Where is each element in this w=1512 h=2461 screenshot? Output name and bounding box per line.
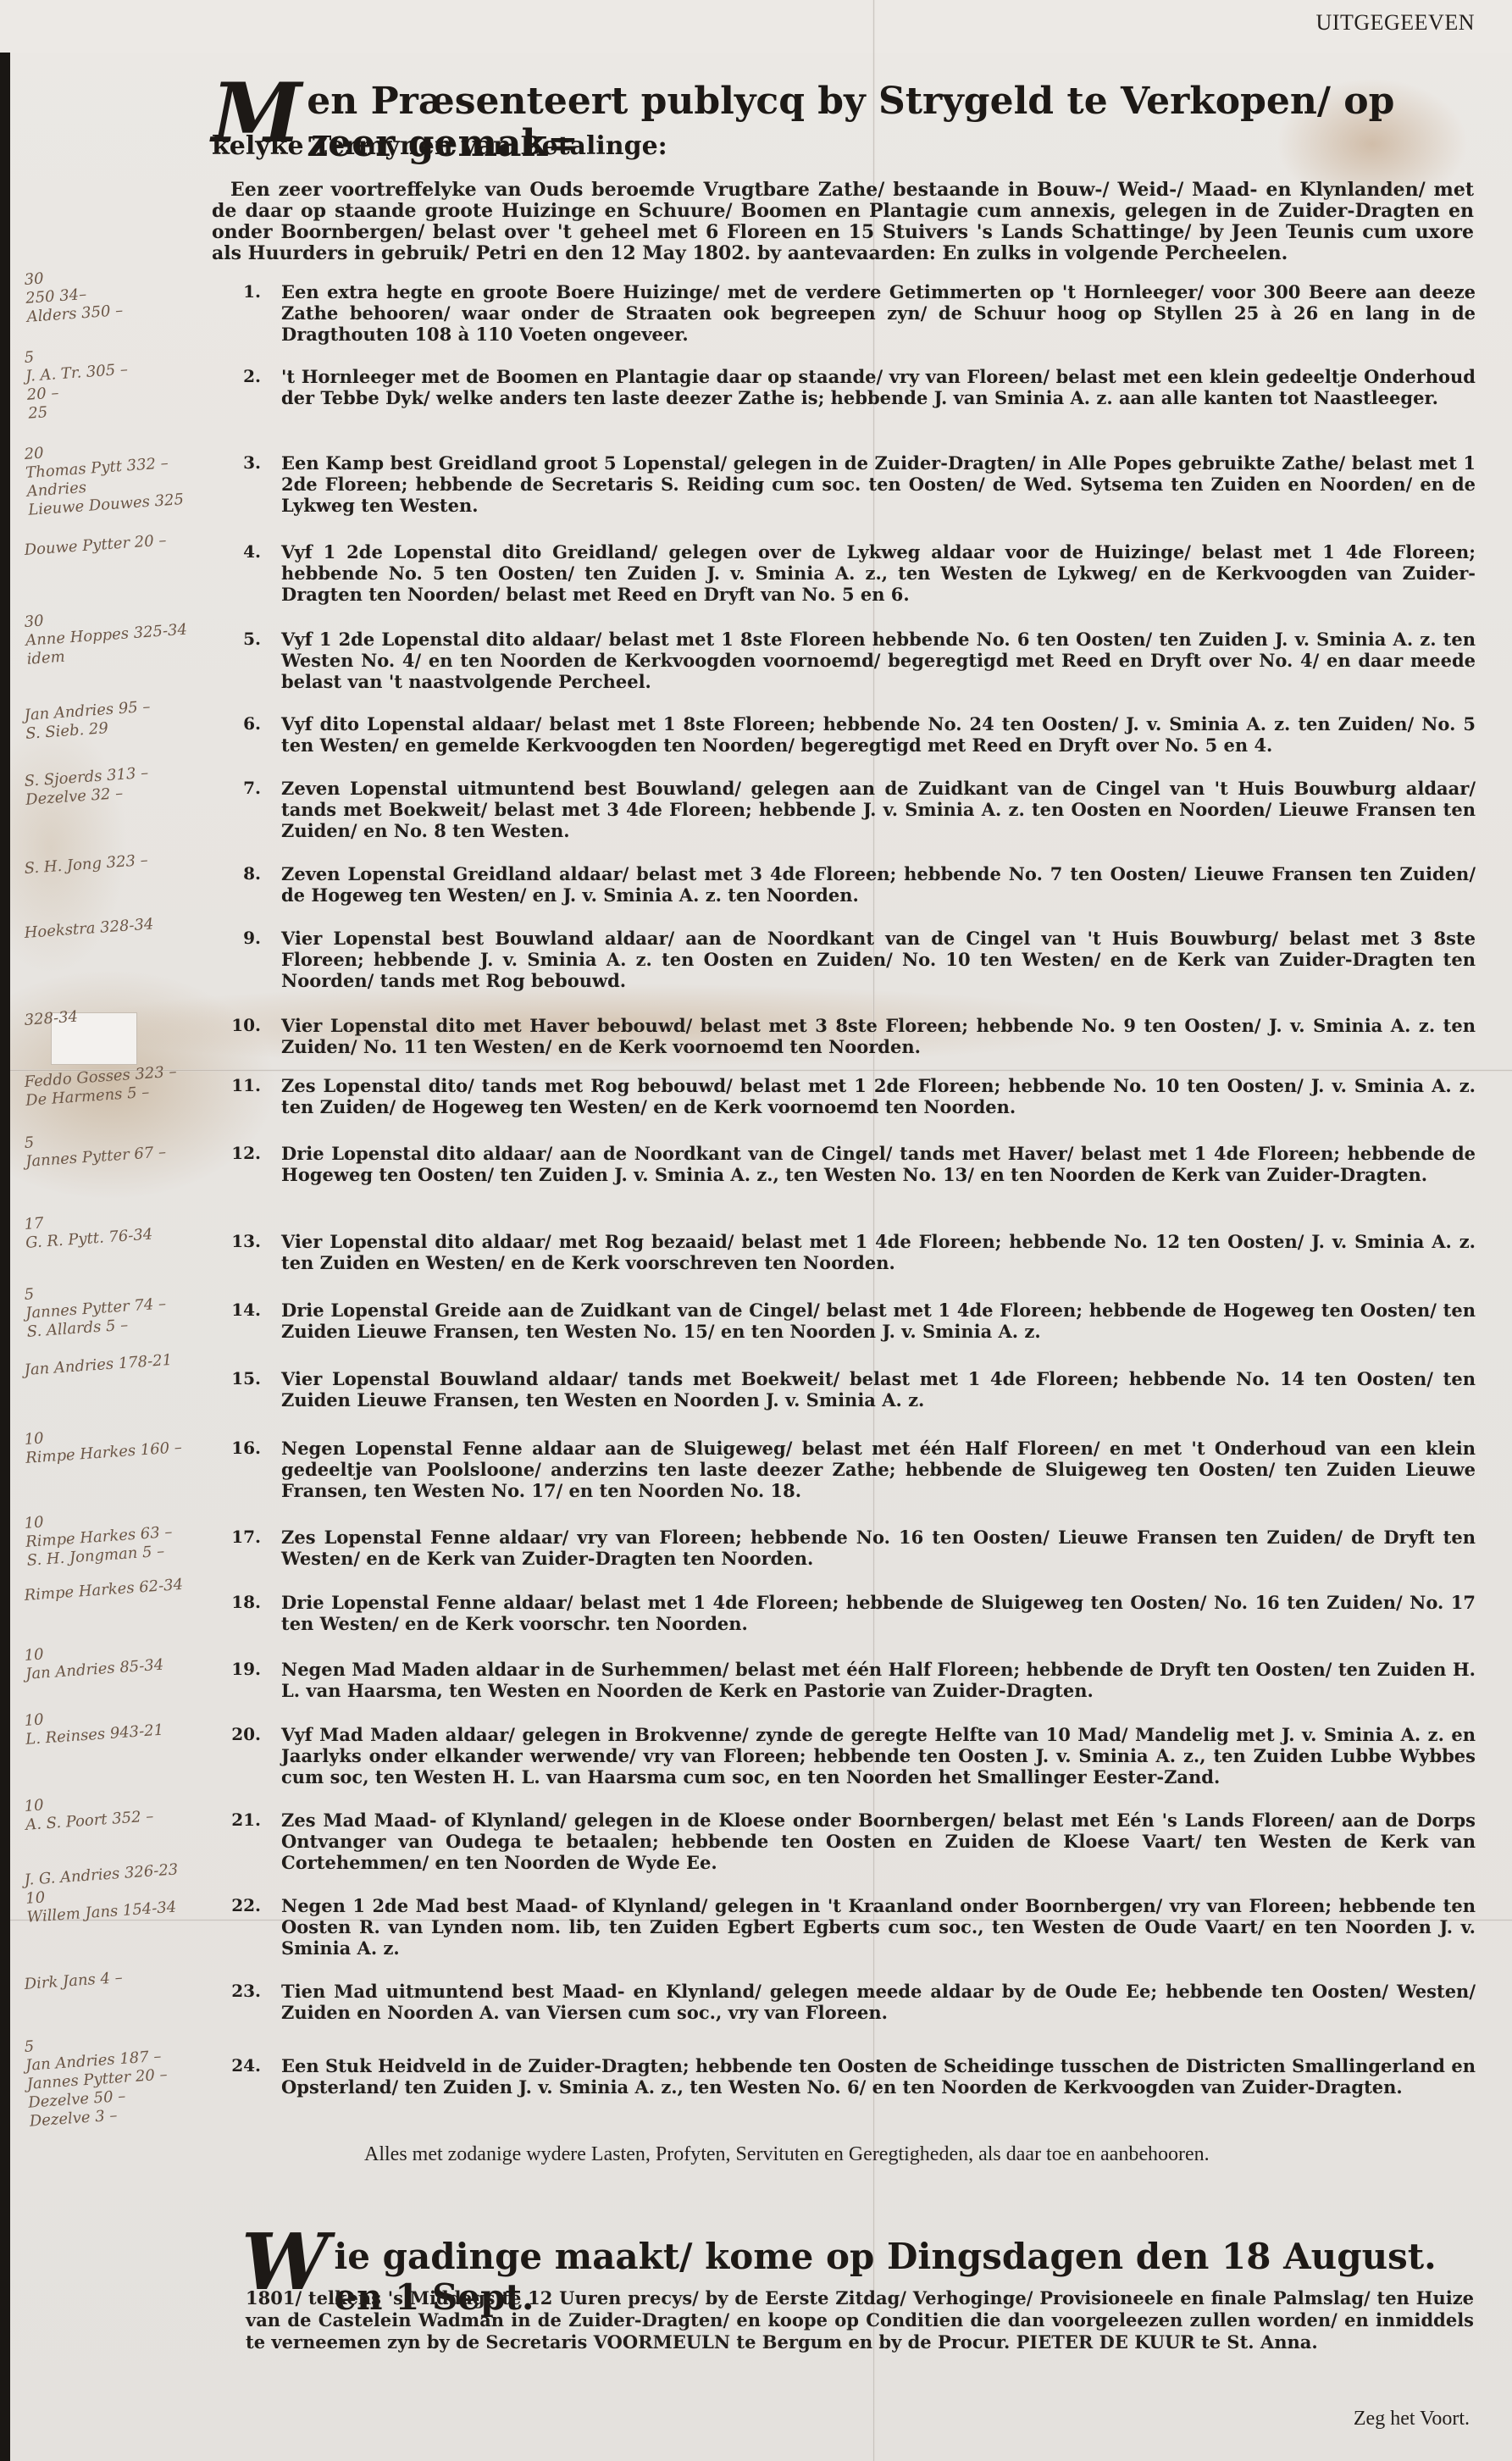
parcel-number: 15. — [222, 1368, 261, 1389]
parcel-number: 9. — [222, 928, 261, 949]
signoff: Zeg het Voort. — [1354, 2408, 1470, 2431]
parcel-number: 7. — [222, 778, 261, 799]
header-label: UITGEGEEVEN — [1316, 10, 1475, 36]
parcel-text: Vyf 1 2de Lopenstal dito Greidland/ gele… — [281, 541, 1476, 605]
parcel-text: Vyf 1 2de Lopenstal dito aldaar/ belast … — [281, 629, 1476, 692]
parcel-text: Zes Lopenstal Fenne aldaar/ vry van Flor… — [281, 1527, 1476, 1569]
parcel-text: Zes Mad Maad- of Klynland/ gelegen in de… — [281, 1810, 1476, 1873]
parcel-text: Zeven Lopenstal Greidland aldaar/ belast… — [281, 863, 1476, 906]
parcel-number: 4. — [222, 541, 261, 563]
parcel-number: 20. — [222, 1724, 261, 1745]
parcel-number: 1. — [222, 281, 261, 302]
parcel-number: 23. — [222, 1981, 261, 2002]
parcel-text: Vyf dito Lopenstal aldaar/ belast met 1 … — [281, 713, 1476, 756]
parcel-number: 16. — [222, 1438, 261, 1459]
parcel-number: 11. — [222, 1075, 261, 1096]
parcel-number: 17. — [222, 1527, 261, 1548]
parcel-text: Een extra hegte en groote Boere Huizinge… — [281, 281, 1476, 345]
horizontal-fold-line — [10, 1069, 1512, 1072]
parcel-text: Zeven Lopenstal uitmuntend best Bouwland… — [281, 778, 1476, 841]
parcel-number: 10. — [222, 1015, 261, 1036]
parcel-number: 6. — [222, 713, 261, 734]
parcel-text: Tien Mad uitmuntend best Maad- en Klynla… — [281, 1981, 1476, 2023]
parcel-number: 19. — [222, 1659, 261, 1680]
parcel-text: Vyf Mad Maden aldaar/ gelegen in Brokven… — [281, 1724, 1476, 1788]
scan-left-edge — [0, 53, 10, 2461]
parcel-number: 2. — [222, 366, 261, 387]
parcel-text: Vier Lopenstal dito met Haver bebouwd/ b… — [281, 1015, 1476, 1057]
parcel-text: Vier Lopenstal dito aldaar/ met Rog beza… — [281, 1231, 1476, 1273]
poster-subtitle: kelyke Termynen van Betalinge: — [212, 131, 1474, 161]
parcel-text: Een Stuk Heidveld in de Zuider-Dragten; … — [281, 2055, 1476, 2098]
parcel-text: Drie Lopenstal Greide aan de Zuidkant va… — [281, 1300, 1476, 1342]
parcel-number: 22. — [222, 1895, 261, 1916]
parcel-number: 12. — [222, 1143, 261, 1164]
parcel-number: 24. — [222, 2055, 261, 2076]
intro-paragraph: Een zeer voortreffelyke van Ouds beroemd… — [212, 180, 1474, 264]
auction-details: 1801/ telkens 's Middags te 12 Uuren pre… — [246, 2287, 1474, 2353]
parcel-number: 21. — [222, 1810, 261, 1831]
parcel-text: 't Hornleeger met de Boomen en Plantagie… — [281, 366, 1476, 408]
parcel-number: 13. — [222, 1231, 261, 1252]
parcel-text: Vier Lopenstal best Bouwland aldaar/ aan… — [281, 928, 1476, 991]
parcel-number: 8. — [222, 863, 261, 884]
parcel-number: 5. — [222, 629, 261, 650]
parcel-number: 3. — [222, 452, 261, 474]
scan-top-strip — [0, 0, 1512, 53]
parcel-text: Negen Mad Maden aldaar in de Surhemmen/ … — [281, 1659, 1476, 1701]
parcel-text: Drie Lopenstal dito aldaar/ aan de Noord… — [281, 1143, 1476, 1185]
parcel-number: 18. — [222, 1592, 261, 1613]
parcel-text: Zes Lopenstal dito/ tands met Rog bebouw… — [281, 1075, 1476, 1117]
parcel-text: Een Kamp best Greidland groot 5 Lopensta… — [281, 452, 1476, 516]
auction-dropcap: W — [241, 2237, 329, 2287]
handwritten-note: 20 Thomas Pytt 332 – Andries Lieuwe Douw… — [24, 432, 224, 520]
parcel-text: Drie Lopenstal Fenne aldaar/ belast met … — [281, 1592, 1476, 1634]
handwritten-note: 5 J. A. Tr. 305 – 20 – 25 — [24, 335, 224, 424]
parcel-number: 14. — [222, 1300, 261, 1321]
parcel-text: Negen Lopenstal Fenne aldaar aan de Slui… — [281, 1438, 1476, 1501]
handwritten-note: 5 Jan Andries 187 – Jannes Pytter 20 – D… — [24, 2025, 224, 2131]
closing-statement: Alles met zodanige wydere Lasten, Profyt… — [364, 2143, 1210, 2166]
parcel-text: Negen 1 2de Mad best Maad- of Klynland/ … — [281, 1895, 1476, 1959]
parcel-text: Vier Lopenstal Bouwland aldaar/ tands me… — [281, 1368, 1476, 1411]
